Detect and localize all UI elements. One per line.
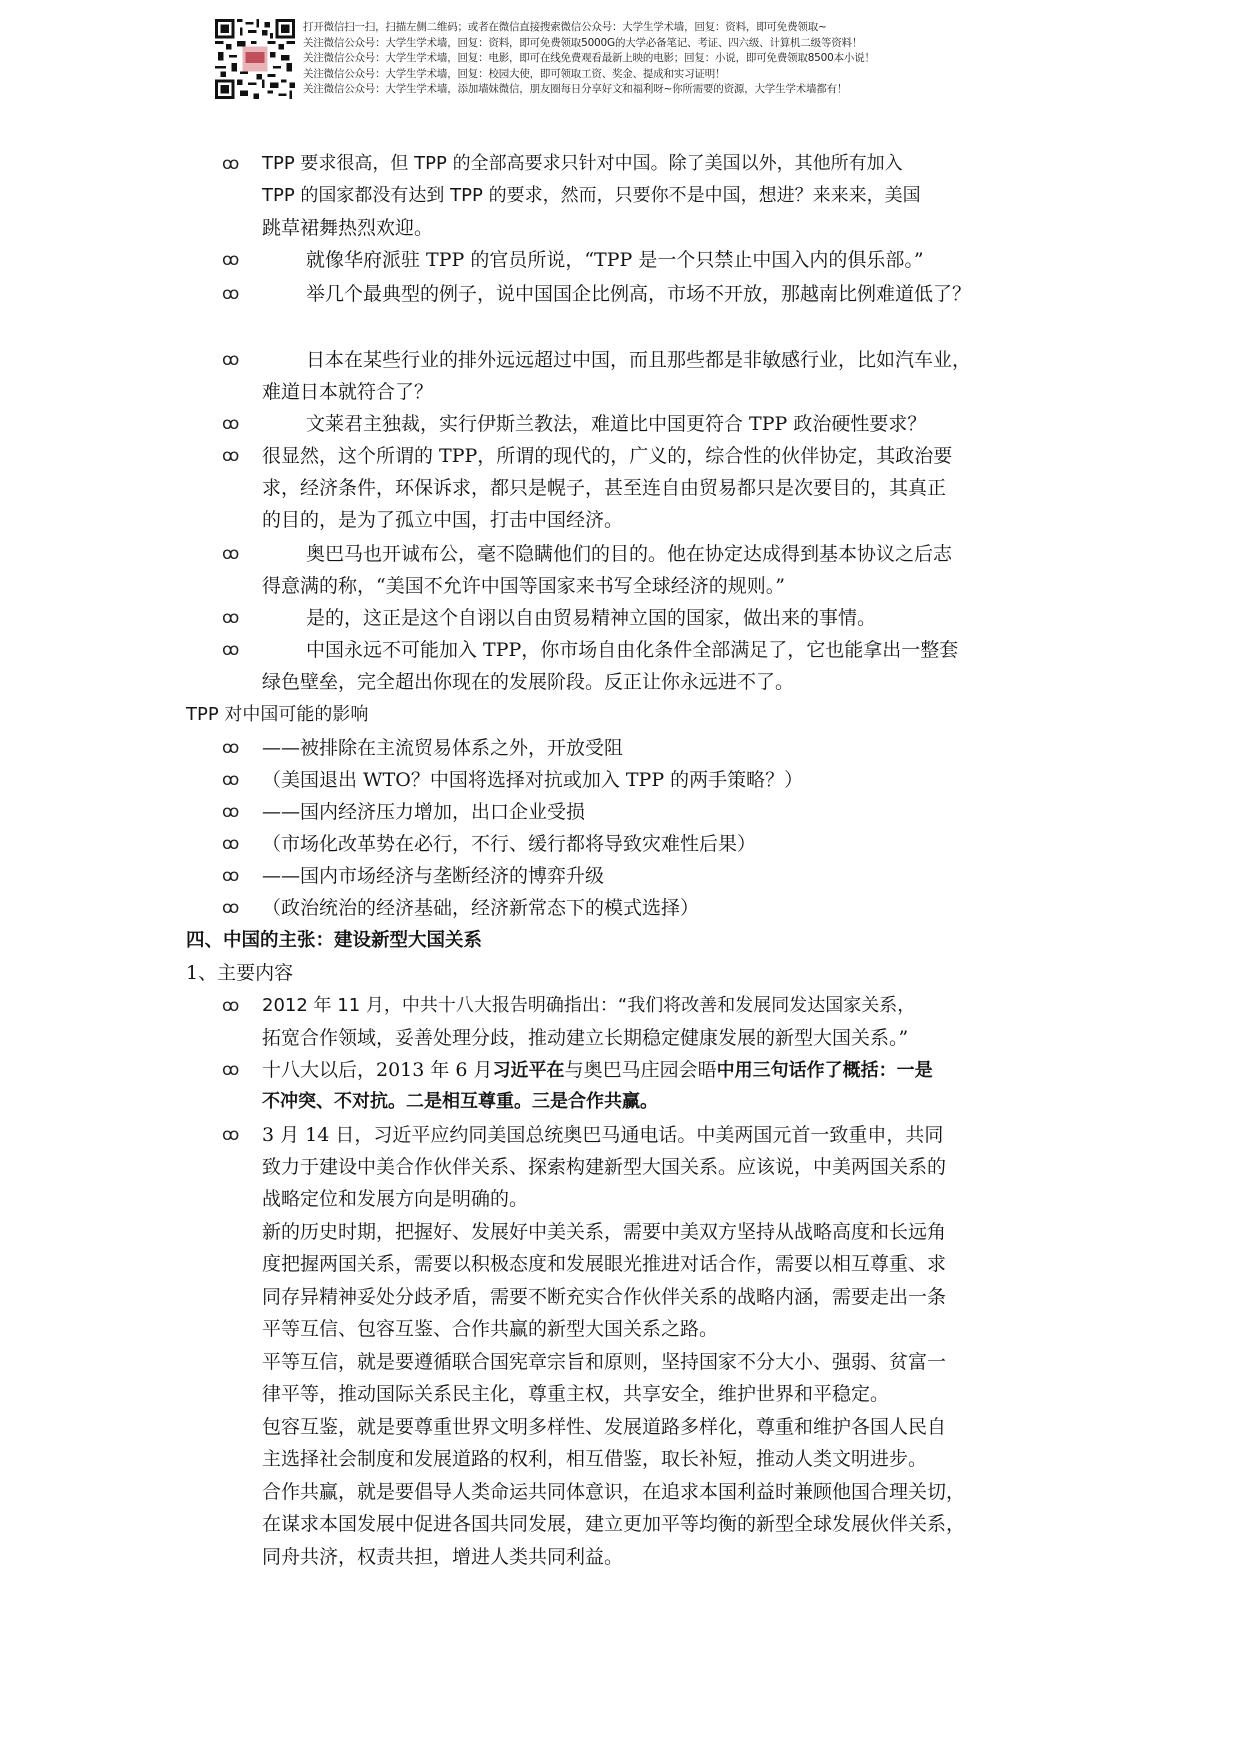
paragraph-line: 举几个最典型的例子，说中国国企比例高，市场不开放，那越南比例难道低了？ xyxy=(306,282,971,306)
paragraph-line: 包容互鉴，就是要尊重世界文明多样性、发展道路多样化，尊重和维护各国人民自 xyxy=(262,1415,946,1439)
paragraph-line: 平等互信，就是要遵循联合国宪章宗旨和原则，坚持国家不分大小、强弱、贫富一 xyxy=(262,1350,946,1374)
paragraph-line: 十八大以后，2013 年 6 月习近平在与奥巴马庄园会晤中用三句话作了概括：一是 xyxy=(262,1058,933,1083)
paragraph-line: 就像华府派驻 TPP 的官员所说，“TPP 是一个只禁止中国入内的俱乐部。” xyxy=(306,248,924,272)
paragraph-line: 在谋求本国发展中促进各国共同发展，建立更加平等均衡的新型全球发展伙伴关系， xyxy=(262,1512,965,1536)
impact-item: （美国退出 WTO？中国将选择对抗或加入 TPP 的两手策略？） xyxy=(262,768,803,792)
paragraph-line: 中国永远不可能加入 TPP，你市场自由化条件全部满足了，它也能拿出一整套 xyxy=(306,638,958,662)
paragraph-line: 奥巴马也开诚布公，毫不隐瞒他们的目的。他在协定达成得到基本协议之后志 xyxy=(306,542,952,566)
banner-line: 打开微信扫一扫，扫描左侧二维码；或者在微信直接搜索微信公众号：大学生学术墙，回复… xyxy=(303,20,963,36)
paragraph-line: 同存异精神妥处分歧矛盾，需要不断充实合作伙伴关系的战略内涵，需要走出一条 xyxy=(262,1285,946,1309)
bullet-icon: ꚙ xyxy=(222,800,239,824)
text-run: 与奥巴马庄园会晤 xyxy=(565,1059,717,1081)
bullet-icon: ꚙ xyxy=(222,1123,239,1147)
bullet-icon: ꚙ xyxy=(222,412,239,436)
qr-code-icon xyxy=(215,19,295,99)
banner-line: 关注微信公众号：大学生学术墙，回复：电影，即可在线免费观看最新上映的电影；回复：… xyxy=(303,51,963,67)
bullet-icon: ꚙ xyxy=(222,444,239,468)
paragraph-line: 主选择社会制度和发展道路的权利，相互借鉴，取长补短，推动人类文明进步。 xyxy=(262,1447,927,1471)
impact-item: ——被排除在主流贸易体系之外，开放受阻 xyxy=(262,736,623,760)
paragraph-line: 绿色壁垒，完全超出你现在的发展阶段。反正让你永远进不了。 xyxy=(262,670,794,694)
bullet-icon: ꚙ xyxy=(222,152,239,176)
paragraph-line: TPP 要求很高，但 TPP 的全部高要求只针对中国。除了美国以外，其他所有加入 xyxy=(262,152,903,176)
paragraph-line: 平等互信、包容互鉴、合作共赢的新型大国关系之路。 xyxy=(262,1317,718,1341)
impact-item: ——国内市场经济与垄断经济的博弈升级 xyxy=(262,864,604,888)
paragraph-line: 3 月 14 日，习近平应约同美国总统奥巴马通电话。中美两国元首一致重申，共同 xyxy=(262,1123,943,1147)
paragraph-line: 是的，这正是这个自诩以自由贸易精神立国的国家，做出来的事情。 xyxy=(306,606,876,630)
bullet-icon: ꚙ xyxy=(222,768,239,792)
section-heading: 四、中国的主张：建设新型大国关系 xyxy=(186,929,482,953)
bullet-icon: ꚙ xyxy=(222,348,239,372)
paragraph-line: 2012 年 11 月，中共十八大报告明确指出：“我们将改善和发展同发达国家关系… xyxy=(262,994,915,1018)
bullet-icon: ꚙ xyxy=(222,896,239,920)
banner-line: 关注微信公众号：大学生学术墙，回复：资料，即可免费领取5000G的大学必备笔记、… xyxy=(303,36,963,52)
bullet-icon: ꚙ xyxy=(222,282,239,306)
bullet-icon: ꚙ xyxy=(222,864,239,888)
banner-line: 关注微信公众号：大学生学术墙，回复：校园大使，即可领取工资、奖金、提成和实习证明… xyxy=(303,67,963,83)
bullet-icon: ꚙ xyxy=(222,248,239,272)
paragraph-line: 合作共赢，就是要倡导人类命运共同体意识，在追求本国利益时兼顾他国合理关切， xyxy=(262,1480,965,1504)
paragraph-line: 难道日本就符合了？ xyxy=(262,380,433,404)
bullet-icon: ꚙ xyxy=(222,542,239,566)
paragraph-line: 律平等，推动国际关系民主化，尊重主权，共享安全，维护世界和平稳定。 xyxy=(262,1382,889,1406)
paragraph-line: TPP 的国家都没有达到 TPP 的要求，然而，只要你不是中国，想进？来来来，美… xyxy=(262,184,921,208)
paragraph-line: 日本在某些行业的排外远远超过中国，而且那些都是非敏感行业，比如汽车业， xyxy=(306,348,971,372)
impact-item: ——国内经济压力增加，出口企业受损 xyxy=(262,800,585,824)
paragraph-line: 致力于建设中美合作伙伴关系、探索构建新型大国关系。应该说，中美两国关系的 xyxy=(262,1155,946,1179)
bullet-icon: ꚙ xyxy=(222,832,239,856)
paragraph-line: 很显然，这个所谓的 TPP，所谓的现代的，广义的，综合性的伙伴协定，其政治要 xyxy=(262,444,952,468)
bold-text-run: 习近平在 xyxy=(493,1060,565,1081)
paragraph-line: 拓宽合作领域，妥善处理分歧，推动建立长期稳定健康发展的新型大国关系。” xyxy=(262,1026,908,1050)
bullet-icon: ꚙ xyxy=(222,606,239,630)
banner-text: 打开微信扫一扫，扫描左侧二维码；或者在微信直接搜索微信公众号：大学生学术墙，回复… xyxy=(303,20,963,98)
paragraph-line: 得意满的称，“美国不允许中国等国家来书写全球经济的规则。” xyxy=(262,574,785,598)
impact-item: （政治统治的经济基础，经济新常态下的模式选择） xyxy=(262,896,699,920)
bullet-icon: ꚙ xyxy=(222,736,239,760)
paragraph-line: 战略定位和发展方向是明确的。 xyxy=(262,1187,528,1211)
bold-summary-line: 不冲突、不对抗。二是相互尊重。三是合作共赢。 xyxy=(262,1090,658,1114)
section-subheading: 1、主要内容 xyxy=(186,961,293,985)
impact-item: （市场化改革势在必行，不行、缓行都将导致灾难性后果） xyxy=(262,832,756,856)
promo-banner: 打开微信扫一扫，扫描左侧二维码；或者在微信直接搜索微信公众号：大学生学术墙，回复… xyxy=(215,19,955,101)
paragraph-line: 新的历史时期，把握好、发展好中美关系，需要中美双方坚持从战略高度和长远角 xyxy=(262,1220,946,1244)
bullet-icon: ꚙ xyxy=(222,638,239,662)
text-run: 十八大以后，2013 年 6 月 xyxy=(262,1059,493,1081)
paragraph-line: 同舟共济，权责共担，增进人类共同利益。 xyxy=(262,1545,623,1569)
paragraph-line: 度把握两国关系，需要以积极态度和发展眼光推进对话合作，需要以相互尊重、求 xyxy=(262,1252,946,1276)
paragraph-line: 文莱君主独裁，实行伊斯兰教法，难道比中国更符合 TPP 政治硬性要求？ xyxy=(306,412,926,436)
paragraph-line: 求，经济条件，环保诉求，都只是幌子，甚至连自由贸易都只是次要目的，其真正 xyxy=(262,476,946,500)
bold-text-run: 中用三句话作了概括：一是 xyxy=(717,1060,933,1081)
banner-line: 关注微信公众号：大学生学术墙，添加墙妹微信，朋友圈每日分享好文和福利呀~你所需要… xyxy=(303,82,963,98)
bullet-icon: ꚙ xyxy=(222,994,239,1018)
bullet-icon: ꚙ xyxy=(222,1058,239,1082)
paragraph-line: 跳草裙舞热烈欢迎。 xyxy=(262,216,433,240)
paragraph-line: 的目的，是为了孤立中国，打击中国经济。 xyxy=(262,508,623,532)
impact-title: TPP 对中国可能的影响 xyxy=(186,703,368,727)
